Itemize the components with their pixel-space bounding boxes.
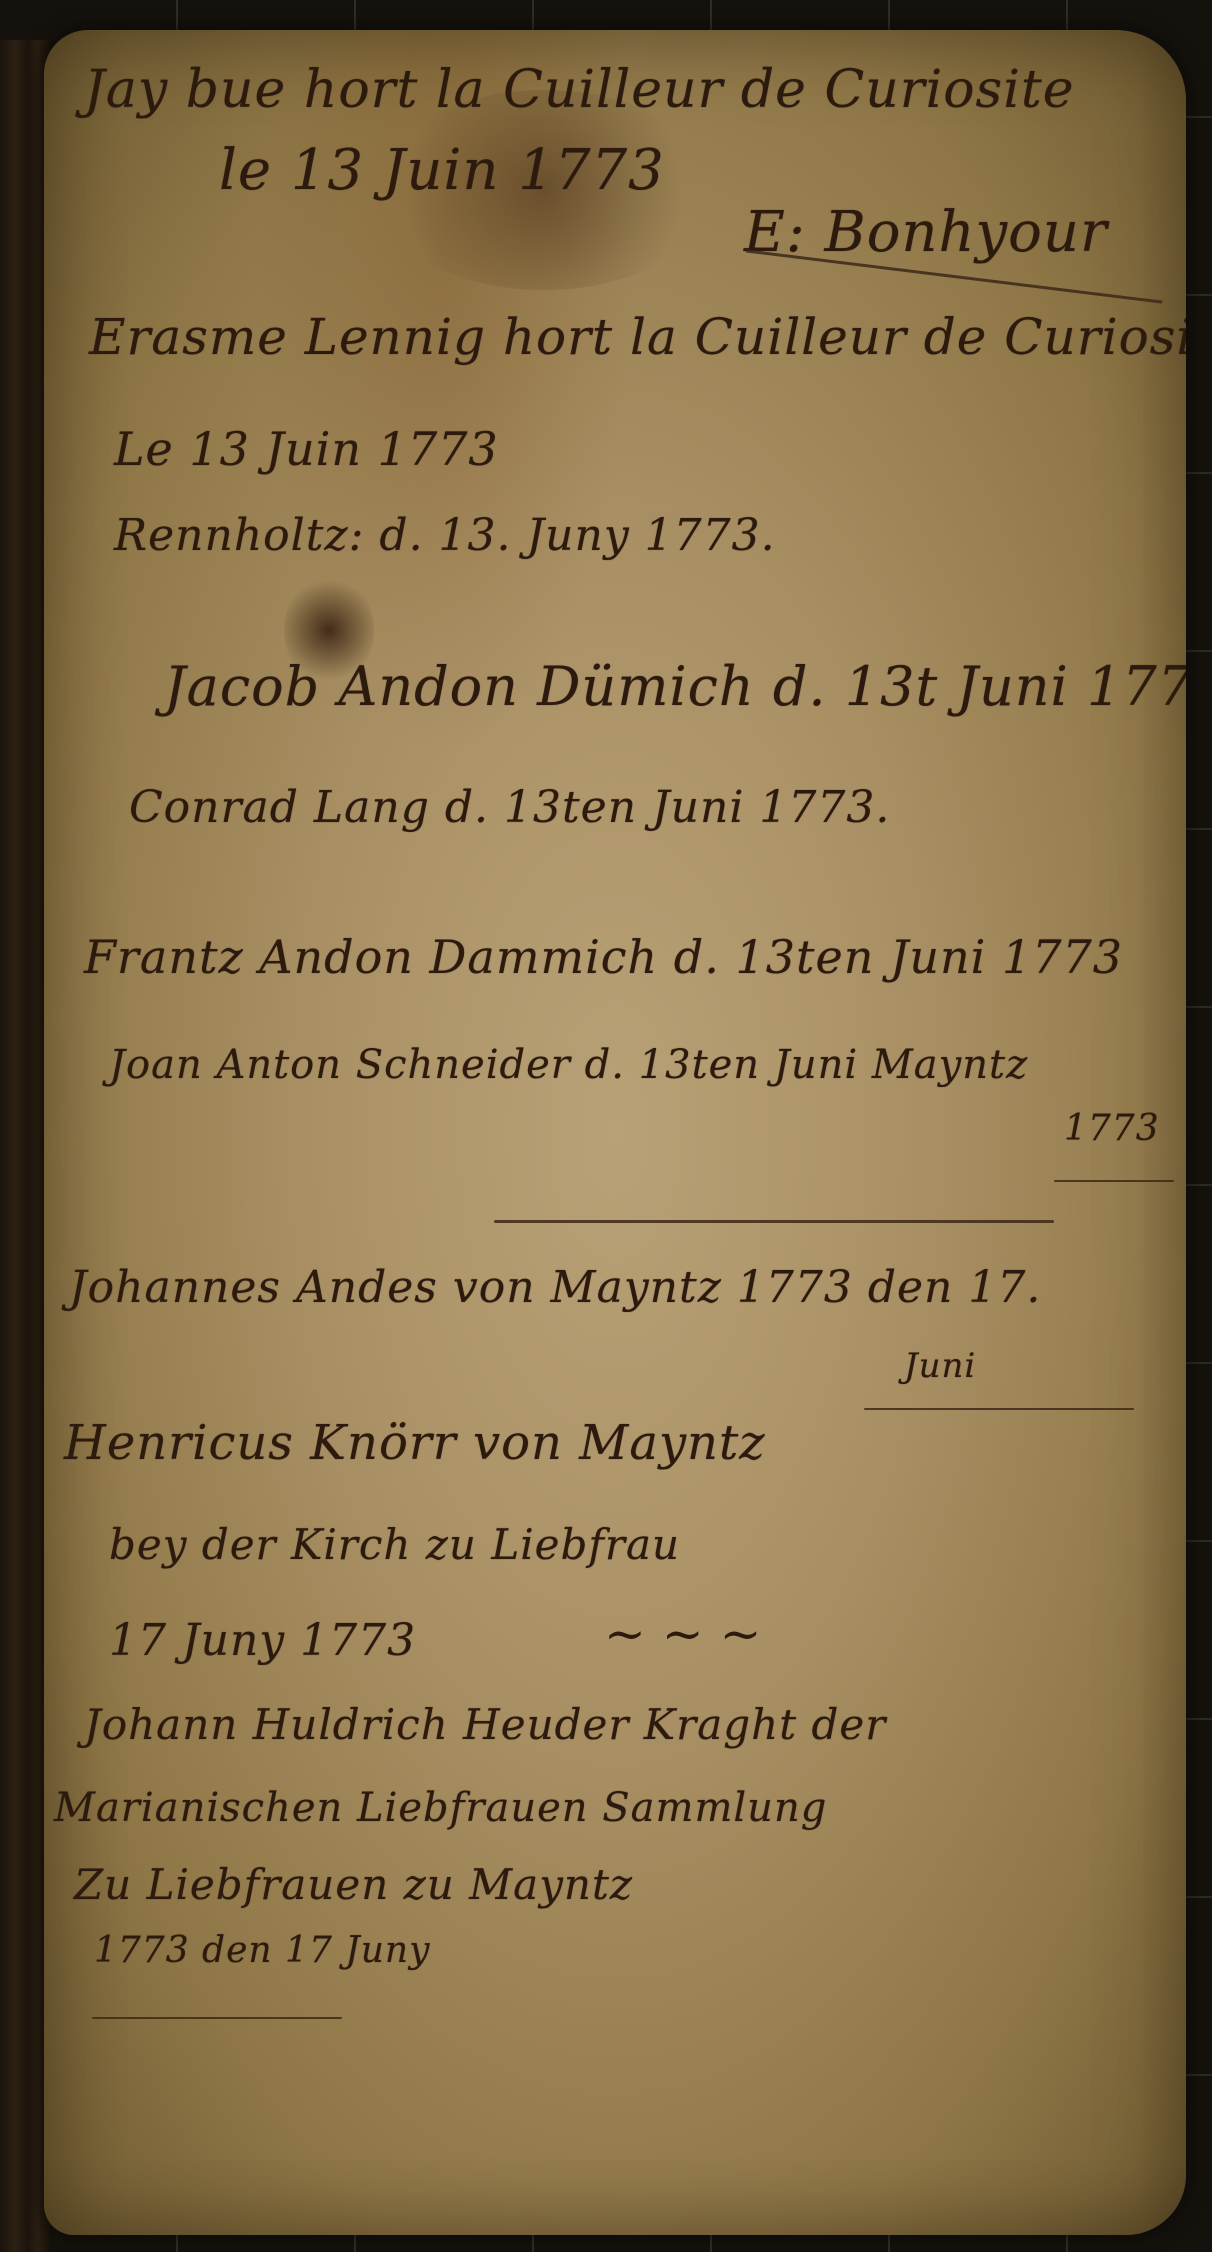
book-binding	[0, 40, 50, 2252]
flourish-marks: ~ ~ ~	[604, 1605, 761, 1663]
entry-9-line-2: bey der Kirch zu Liebfrau	[109, 1520, 680, 1569]
entry-7-line-2: 1773	[1064, 1108, 1160, 1149]
entry-1-line-2: le 13 Juin 1773	[219, 138, 665, 203]
entry-8-underline	[864, 1408, 1134, 1410]
manuscript-page: Jay bue hort la Cuilleur de Curiosite le…	[44, 30, 1186, 2235]
entry-9-line-1: Henricus Knörr von Mayntz	[64, 1415, 766, 1471]
entry-4-line-1: Jacob Andon Dümich d. 13t Juni 1773	[164, 655, 1186, 718]
entry-3-line-1: Rennholtz: d. 13. Juny 1773.	[114, 510, 776, 561]
entry-7-line-1: Joan Anton Schneider d. 13ten Juni Maynt…	[109, 1042, 1028, 1088]
entry-9-line-3: 17 Juny 1773	[109, 1615, 416, 1666]
entry-10-line-4: 1773 den 17 Juny	[94, 1930, 430, 1971]
entry-2-line-1: Erasme Lennig hort la Cuilleur de Curios…	[89, 308, 1186, 366]
entry-5-line-1: Conrad Lang d. 13ten Juni 1773.	[129, 782, 890, 833]
entry-8-line-1: Johannes Andes von Mayntz 1773 den 17.	[69, 1262, 1041, 1313]
entry-10-line-3: Zu Liebfrauen zu Mayntz	[74, 1860, 633, 1909]
entry-10-line-2: Marianischen Liebfrauen Sammlung	[54, 1785, 827, 1831]
photo-scene: Jay bue hort la Cuilleur de Curiosite le…	[0, 0, 1212, 2252]
closing-divider	[92, 2017, 342, 2019]
entry-6-line-1: Frantz Andon Dammich d. 13ten Juni 1773	[84, 930, 1123, 984]
section-divider	[494, 1220, 1054, 1223]
entry-2-line-2: Le 13 Juin 1773	[114, 422, 499, 476]
entry-10-line-1: Johann Huldrich Heuder Kraght der	[84, 1700, 886, 1749]
entry-8-line-2: Juni	[904, 1346, 976, 1386]
entry-1-line-1: Jay bue hort la Cuilleur de Curiosite	[84, 60, 1075, 120]
divider-short	[1054, 1180, 1174, 1182]
